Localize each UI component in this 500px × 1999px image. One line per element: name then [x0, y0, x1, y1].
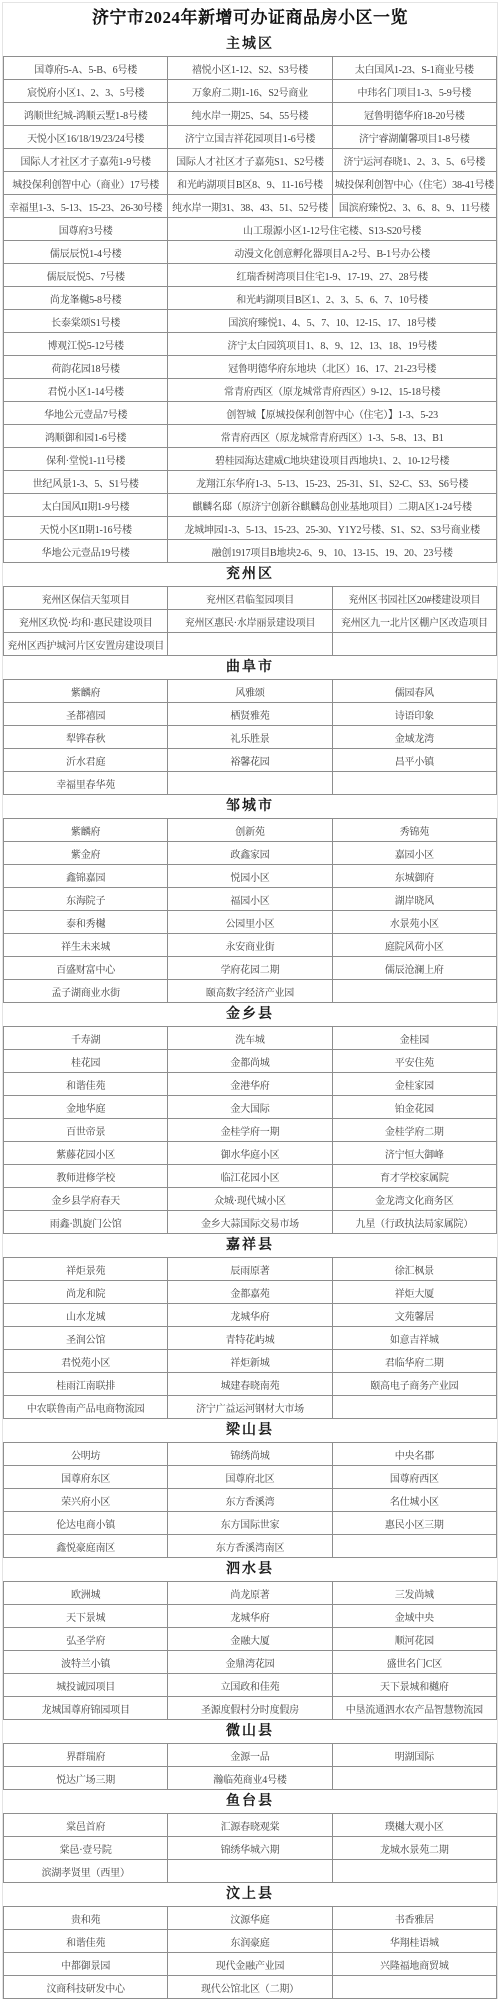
community-cell: 盛世名门C区 [332, 1651, 496, 1674]
table-row: 国尊府5-A、5-B、6号楼禧悦小区1-12、S2、S3号楼太白国风1-23、S… [4, 57, 497, 80]
community-cell: 济宁睿湖蘭馨项目1-8号楼 [332, 126, 496, 149]
community-cell: 公园里小区 [168, 911, 332, 934]
community-cell: 中农联鲁南产品电商物流园 [4, 1396, 168, 1419]
community-cell: 君临华府二期 [332, 1350, 496, 1373]
community-cell: 汇源春晓观棠 [168, 1814, 332, 1837]
community-cell: 尚龙原著 [168, 1582, 332, 1605]
community-cell: 国尊府北区 [168, 1466, 332, 1489]
community-cell: 东方香溪湾南区 [168, 1535, 332, 1558]
community-cell: 惠民小区三期 [332, 1512, 496, 1535]
section-title: 梁山县 [3, 1419, 497, 1442]
community-cell: 兖州区君临玺园项目 [168, 587, 332, 610]
table-row: 雨鑫·凯旋门公馆金乡大蒜国际交易市场九星（行政执法局家属院） [4, 1211, 497, 1234]
community-cell: 顺河花园 [332, 1628, 496, 1651]
community-cell: 金桂家园 [332, 1073, 496, 1096]
community-cell: 纯水岸一期25、54、55号楼 [168, 103, 332, 126]
community-cell: 金都嘉苑 [168, 1281, 332, 1304]
table-row: 紫藤花园小区御水华庭小区济宁恒大御峰 [4, 1142, 497, 1165]
community-cell: 麒麟名邸（原济宁创新谷麒麟岛创业基地项目）二期A区1-24号楼 [168, 494, 497, 517]
community-cell: 中央名郡 [332, 1443, 496, 1466]
section-title: 兖州区 [3, 563, 497, 586]
community-cell: 博观江悦5-12号楼 [4, 333, 168, 356]
community-table: 棠邑首府汇源春晓观棠璞樾大观小区棠邑·壹号院锦绣华城六期龙城水景苑二期滨湖孝贤里… [3, 1813, 497, 1883]
community-cell: 宸悦府小区1、2、3、5号楼 [4, 80, 168, 103]
community-cell: 永安商业街 [168, 934, 332, 957]
table-row: 天下景城龙城华府金域中央 [4, 1605, 497, 1628]
community-cell [332, 633, 496, 656]
community-cell: 圣润公馆 [4, 1327, 168, 1350]
community-table: 国尊府5-A、5-B、6号楼禧悦小区1-12、S2、S3号楼太白国风1-23、S… [3, 56, 497, 563]
community-cell: 千寿湖 [4, 1027, 168, 1050]
community-cell [332, 1535, 496, 1558]
community-cell: 龙城水景苑二期 [332, 1837, 496, 1860]
community-cell: 龙城坤园1-3、5-13、15-23、25-30、Y1Y2号楼、S1、S2、S3… [168, 517, 497, 540]
community-cell: 儒园春风 [332, 680, 496, 703]
table-row: 君悦小区1-14号楼常青府西区（原龙城常青府西区）9-12、15-18号楼 [4, 379, 497, 402]
community-cell: 悦达广场三期 [4, 1767, 168, 1790]
community-cell: 沂水君庭 [4, 749, 168, 772]
community-cell: 祥炬景苑 [4, 1258, 168, 1281]
section-title: 金乡县 [3, 1003, 497, 1026]
community-cell: 金都尚城 [168, 1050, 332, 1073]
community-cell: 泰和秀樾 [4, 911, 168, 934]
community-cell: 颐高电子商务产业园 [332, 1373, 496, 1396]
community-table: 欧洲城尚龙原著三发尚城天下景城龙城华府金域中央弘圣学府金融大厦顺河花园波特兰小镇… [3, 1581, 497, 1720]
table-row: 金乡县学府春天众城·现代城小区金龙湾文化商务区 [4, 1188, 497, 1211]
table-row: 鸿顺世纪城-鸿顺云墅1-8号楼纯水岸一期25、54、55号楼冠鲁明德华府18-2… [4, 103, 497, 126]
community-cell: 济宁立国吉祥花园项目1-6号楼 [168, 126, 332, 149]
community-cell: 儒辰辰悦1-4号楼 [4, 241, 168, 264]
community-cell [332, 1767, 496, 1790]
community-cell: 洗车城 [168, 1027, 332, 1050]
community-table: 紫麟府创新苑秀锦苑紫金府政鑫家园嘉园小区鑫锦嘉园悦园小区东城御府东海院子福园小区… [3, 818, 497, 1003]
community-cell: 太白国风II期1-9号楼 [4, 494, 168, 517]
community-cell: 东城御府 [332, 865, 496, 888]
community-cell: 水景苑小区 [332, 911, 496, 934]
community-cell: 城投保利创智中心（商业）17号楼 [4, 172, 168, 195]
community-cell: 祥生未来城 [4, 934, 168, 957]
community-cell: 名仕城小区 [332, 1489, 496, 1512]
community-cell: 锦绣华城六期 [168, 1837, 332, 1860]
community-cell [332, 980, 496, 1003]
community-cell: 天下景城 [4, 1605, 168, 1628]
community-cell: 尚龙峯樾5-8号楼 [4, 287, 168, 310]
table-row: 滨湖孝贤里（西里） [4, 1860, 497, 1883]
community-cell [332, 1396, 496, 1419]
community-cell [332, 772, 496, 795]
community-cell: 和谐佳苑 [4, 1930, 168, 1953]
community-cell: 中都御景园 [4, 1953, 168, 1976]
table-row: 公明坊锦绣尚城中央名郡 [4, 1443, 497, 1466]
community-cell: 龙城华府 [168, 1605, 332, 1628]
table-row: 城投保利创智中心（商业）17号楼和光屿湖项目B区8、9、11-16号楼城投保利创… [4, 172, 497, 195]
table-row: 悦达广场三期瀚临苑商业4号楼 [4, 1767, 497, 1790]
table-row: 汶商科技研发中心现代公馆北区（二期） [4, 1976, 497, 1999]
community-cell: 三发尚城 [332, 1582, 496, 1605]
community-cell: 璞樾大观小区 [332, 1814, 496, 1837]
table-row: 博观江悦5-12号楼济宁太白园筑项目1、8、9、12、13、18、19号楼 [4, 333, 497, 356]
table-row: 天悦小区II期1-16号楼龙城坤园1-3、5-13、15-23、25-30、Y1… [4, 517, 497, 540]
community-cell: 君悦苑小区 [4, 1350, 168, 1373]
community-cell: 鑫锦嘉园 [4, 865, 168, 888]
table-row: 紫金府政鑫家园嘉园小区 [4, 842, 497, 865]
section-title: 鱼台县 [3, 1790, 497, 1813]
table-row: 伦达电商小镇东方国际世家惠民小区三期 [4, 1512, 497, 1535]
table-row: 中农联鲁南产品电商物流园济宁广益运河钢材大市场 [4, 1396, 497, 1419]
community-cell: 裕馨花园 [168, 749, 332, 772]
community-table: 界群瑞府金源一品明湖国际悦达广场三期瀚临苑商业4号楼 [3, 1743, 497, 1790]
table-row: 保利·堂悦1-11号楼碧桂园海达建威C地块建设项目西地块1、2、10-12号楼 [4, 448, 497, 471]
community-cell: 界群瑞府 [4, 1744, 168, 1767]
community-cell: 东方香溪湾 [168, 1489, 332, 1512]
table-row: 儒辰辰悦1-4号楼动漫文化创意孵化器项目A-2号、B-1号办公楼 [4, 241, 497, 264]
community-cell: 华地公元壹品7号楼 [4, 402, 168, 425]
community-cell: 兖州区书园社区20#楼建设项目 [332, 587, 496, 610]
community-cell: 天下景城和樾府 [332, 1674, 496, 1697]
community-cell: 福园小区 [168, 888, 332, 911]
community-cell: 贵和苑 [4, 1907, 168, 1930]
table-row: 东海院子福园小区湖岸晓风 [4, 888, 497, 911]
community-cell: 创智城【原城投保利创智中心（住宅）】1-3、5-23 [168, 402, 497, 425]
section-title: 曲阜市 [3, 656, 497, 679]
community-cell: 世纪风景1-3、5、S1号楼 [4, 471, 168, 494]
community-cell: 如意吉祥城 [332, 1327, 496, 1350]
community-cell: 悦园小区 [168, 865, 332, 888]
community-cell: 诗语印象 [332, 703, 496, 726]
community-cell: 金大国际 [168, 1096, 332, 1119]
table-row: 桂花园金都尚城平安住苑 [4, 1050, 497, 1073]
table-row: 华地公元壹品19号楼融创1917项目B地块2-6、9、10、13-15、19、2… [4, 540, 497, 563]
community-cell: 龙城国尊府锦园项目 [4, 1697, 168, 1720]
community-cell: 祥炬新城 [168, 1350, 332, 1373]
table-row: 圣都禧园栖贤雅苑诗语印象 [4, 703, 497, 726]
community-cell: 祥炬大厦 [332, 1281, 496, 1304]
community-cell: 兖州区西护城河片区安置房建设项目 [4, 633, 168, 656]
community-cell: 鸿顺世纪城-鸿顺云墅1-8号楼 [4, 103, 168, 126]
community-cell: 教师进修学校 [4, 1165, 168, 1188]
table-row: 尚龙峯樾5-8号楼和光屿湖项目B区1、2、3、5、6、7、10号楼 [4, 287, 497, 310]
table-row: 教师进修学校临江花园小区育才学校家属院 [4, 1165, 497, 1188]
community-cell: 长泰棠颂S1号楼 [4, 310, 168, 333]
community-cell: 济宁恒大御峰 [332, 1142, 496, 1165]
table-row: 和谐佳苑东润豪庭华翔桂语城 [4, 1930, 497, 1953]
community-cell [168, 1860, 332, 1883]
community-cell [168, 772, 332, 795]
community-cell: 礼乐胜景 [168, 726, 332, 749]
table-row: 中都御景园现代金融产业园兴隆福地商贸城 [4, 1953, 497, 1976]
community-cell: 御水华庭小区 [168, 1142, 332, 1165]
community-cell: 国际人才社区才子嘉苑1-9号楼 [4, 149, 168, 172]
community-cell: 颐高数字经济产业园 [168, 980, 332, 1003]
table-row: 百盛财富中心学府花园二期儒辰沧澜上府 [4, 957, 497, 980]
table-row: 儒辰辰悦5、7号楼红瑞香树湾项目住宅1-9、17-19、27、28号楼 [4, 264, 497, 287]
community-cell: 常青府西区（原龙城常青府西区）9-12、15-18号楼 [168, 379, 497, 402]
table-row: 城投诚园项目立国政和佳苑天下景城和樾府 [4, 1674, 497, 1697]
table-row: 沂水君庭裕馨花园昌平小镇 [4, 749, 497, 772]
community-cell: 纯水岸一期31、38、43、51、52号楼 [168, 195, 332, 218]
community-cell: 金域中央 [332, 1605, 496, 1628]
community-cell: 金融大厦 [168, 1628, 332, 1651]
community-cell: 济宁运河春晓1、2、3、5、6号楼 [332, 149, 496, 172]
community-cell: 临江花园小区 [168, 1165, 332, 1188]
community-cell: 国尊府东区 [4, 1466, 168, 1489]
table-row: 弘圣学府金融大厦顺河花园 [4, 1628, 497, 1651]
table-row: 龙城国尊府锦园项目圣源度假村分时度假房中垦流通泗水农产品智慧物流园 [4, 1697, 497, 1720]
community-cell: 国滨府臻悦1、4、5、7、10、12-15、17、18号楼 [168, 310, 497, 333]
community-cell: 鸿顺御和园1-6号楼 [4, 425, 168, 448]
community-cell: 学府花园二期 [168, 957, 332, 980]
table-row: 幸福里1-3、5-13、15-23、26-30号楼纯水岸一期31、38、43、5… [4, 195, 497, 218]
community-cell: 青特花屿城 [168, 1327, 332, 1350]
community-cell: 国尊府3号楼 [4, 218, 168, 241]
community-table: 贵和苑汶源华庭书香雅居和谐佳苑东润豪庭华翔桂语城中都御景园现代金融产业园兴隆福地… [3, 1906, 497, 1999]
community-cell: 国尊府5-A、5-B、6号楼 [4, 57, 168, 80]
community-cell: 万象府二期1-16、S2号商业 [168, 80, 332, 103]
community-table: 紫麟府风雅颂儒园春风圣都禧园栖贤雅苑诗语印象犁铧春秋礼乐胜景金域龙湾沂水君庭裕馨… [3, 679, 497, 795]
community-table: 公明坊锦绣尚城中央名郡国尊府东区国尊府北区国尊府西区荣兴府小区东方香溪湾名仕城小… [3, 1442, 497, 1558]
community-cell: 东润豪庭 [168, 1930, 332, 1953]
table-row: 国尊府东区国尊府北区国尊府西区 [4, 1466, 497, 1489]
community-cell: 幸福里1-3、5-13、15-23、26-30号楼 [4, 195, 168, 218]
community-cell: 碧桂园海达建威C地块建设项目西地块1、2、10-12号楼 [168, 448, 497, 471]
community-cell: 滨湖孝贤里（西里） [4, 1860, 168, 1883]
community-cell: 栖贤雅苑 [168, 703, 332, 726]
community-cell: 书香雅居 [332, 1907, 496, 1930]
table-row: 孟子湖商业水街颐高数字经济产业园 [4, 980, 497, 1003]
community-cell: 国际人才社区才子嘉苑S1、S2号楼 [168, 149, 332, 172]
community-cell: 孟子湖商业水街 [4, 980, 168, 1003]
community-cell: 紫藤花园小区 [4, 1142, 168, 1165]
table-row: 欧洲城尚龙原著三发尚城 [4, 1582, 497, 1605]
community-cell: 兖州区玖悦·均和·惠民建设项目 [4, 610, 168, 633]
community-cell: 龙翔江东华府1-3、5-13、15-23、25-31、S1、S2-C、S3、S6… [168, 471, 497, 494]
community-table: 祥炬景苑辰雨原著徐汇枫景尚龙和院金都嘉苑祥炬大厦山水龙城龙城华府文苑馨居圣润公馆… [3, 1257, 497, 1419]
section-title: 泗水县 [3, 1558, 497, 1581]
community-cell: 九星（行政执法局家属院） [332, 1211, 496, 1234]
table-row: 百世帝景金桂学府一期金桂学府二期 [4, 1119, 497, 1142]
table-row: 棠邑首府汇源春晓观棠璞樾大观小区 [4, 1814, 497, 1837]
community-cell: 城建春晓南苑 [168, 1373, 332, 1396]
community-cell: 公明坊 [4, 1443, 168, 1466]
community-cell: 龙城华府 [168, 1304, 332, 1327]
community-cell: 金桂学府一期 [168, 1119, 332, 1142]
community-cell: 动漫文化创意孵化器项目A-2号、B-1号办公楼 [168, 241, 497, 264]
community-cell: 华翔桂语城 [332, 1930, 496, 1953]
section-title: 微山县 [3, 1720, 497, 1743]
table-row: 尚龙和院金都嘉苑祥炬大厦 [4, 1281, 497, 1304]
table-row: 鑫悦豪庭南区东方香溪湾南区 [4, 1535, 497, 1558]
community-cell: 融创1917项目B地块2-6、9、10、13-15、19、20、23号楼 [168, 540, 497, 563]
table-row: 幸福里春华苑 [4, 772, 497, 795]
community-cell: 现代金融产业园 [168, 1953, 332, 1976]
community-cell: 东海院子 [4, 888, 168, 911]
community-cell: 棠邑·壹号院 [4, 1837, 168, 1860]
table-row: 世纪风景1-3、5、S1号楼龙翔江东华府1-3、5-13、15-23、25-31… [4, 471, 497, 494]
table-row: 紫麟府风雅颂儒园春风 [4, 680, 497, 703]
table-row: 鸿顺御和园1-6号楼常青府西区（原龙城常青府西区）1-3、5-8、13、B1 [4, 425, 497, 448]
community-cell: 国滨府臻悦2、3、6、8、9、11号楼 [332, 195, 496, 218]
community-cell: 兴隆福地商贸城 [332, 1953, 496, 1976]
community-cell: 汶源华庭 [168, 1907, 332, 1930]
community-cell: 国尊府西区 [332, 1466, 496, 1489]
community-cell: 荷韵花园18号楼 [4, 356, 168, 379]
table-row: 桂雨江南联排城建春晓南苑颐高电子商务产业园 [4, 1373, 497, 1396]
community-cell: 政鑫家园 [168, 842, 332, 865]
community-cell: 金龙湾文化商务区 [332, 1188, 496, 1211]
table-row: 金地华庭金大国际铂金花园 [4, 1096, 497, 1119]
community-cell: 东方国际世家 [168, 1512, 332, 1535]
community-cell: 文苑馨居 [332, 1304, 496, 1327]
community-cell: 桂雨江南联排 [4, 1373, 168, 1396]
community-cell: 昌平小镇 [332, 749, 496, 772]
community-cell [332, 1976, 496, 1999]
community-cell: 和谐佳苑 [4, 1073, 168, 1096]
community-cell: 圣都禧园 [4, 703, 168, 726]
community-cell: 和光屿湖项目B区1、2、3、5、6、7、10号楼 [168, 287, 497, 310]
community-cell: 济宁广益运河钢材大市场 [168, 1396, 332, 1419]
community-cell: 众城·现代城小区 [168, 1188, 332, 1211]
table-row: 圣润公馆青特花屿城如意吉祥城 [4, 1327, 497, 1350]
table-row: 犁铧春秋礼乐胜景金域龙湾 [4, 726, 497, 749]
community-cell: 儒辰辰悦5、7号楼 [4, 264, 168, 287]
table-row: 波特兰小镇金鼎湾花园盛世名门C区 [4, 1651, 497, 1674]
community-cell: 欧洲城 [4, 1582, 168, 1605]
section-title: 邹城市 [3, 795, 497, 818]
section-title: 汶上县 [3, 1883, 497, 1906]
community-cell: 庭院风荷小区 [332, 934, 496, 957]
table-row: 荷韵花园18号楼冠鲁明德华府东地块（北区）16、17、21-23号楼 [4, 356, 497, 379]
community-cell: 湖岸晓风 [332, 888, 496, 911]
table-row: 兖州区玖悦·均和·惠民建设项目兖州区惠民·水岸丽景建设项目兖州区九一北片区棚户区… [4, 610, 497, 633]
community-cell: 锦绣尚城 [168, 1443, 332, 1466]
community-cell: 中垦流通泗水农产品智慧物流园 [332, 1697, 496, 1720]
table-row: 鑫锦嘉园悦园小区东城御府 [4, 865, 497, 888]
community-cell: 红瑞香树湾项目住宅1-9、17-19、27、28号楼 [168, 264, 497, 287]
community-cell: 兖州区保信天玺项目 [4, 587, 168, 610]
community-cell: 鑫悦豪庭南区 [4, 1535, 168, 1558]
table-row: 祥炬景苑辰雨原著徐汇枫景 [4, 1258, 497, 1281]
community-cell: 现代公馆北区（二期） [168, 1976, 332, 1999]
community-cell: 明湖国际 [332, 1744, 496, 1767]
community-cell: 天悦小区II期1-16号楼 [4, 517, 168, 540]
community-cell: 儒辰沧澜上府 [332, 957, 496, 980]
table-row: 宸悦府小区1、2、3、5号楼万象府二期1-16、S2号商业中玮名门项目1-3、5… [4, 80, 497, 103]
community-cell: 金乡县学府春天 [4, 1188, 168, 1211]
community-cell: 秀锦苑 [332, 819, 496, 842]
community-cell: 兖州区九一北片区棚户区改造项目 [332, 610, 496, 633]
community-cell: 山工璟源小区1-12号住宅楼、S13-S20号楼 [168, 218, 497, 241]
community-cell: 天悦小区16/18/19/23/24号楼 [4, 126, 168, 149]
community-cell: 创新苑 [168, 819, 332, 842]
community-cell: 金桂学府二期 [332, 1119, 496, 1142]
community-cell: 中玮名门项目1-3、5-9号楼 [332, 80, 496, 103]
community-cell: 桂花园 [4, 1050, 168, 1073]
community-cell: 城投诚园项目 [4, 1674, 168, 1697]
community-cell: 百世帝景 [4, 1119, 168, 1142]
community-cell: 冠鲁明德华府东地块（北区）16、17、21-23号楼 [168, 356, 497, 379]
table-row: 国际人才社区才子嘉苑1-9号楼国际人才社区才子嘉苑S1、S2号楼济宁运河春晓1、… [4, 149, 497, 172]
table-row: 山水龙城龙城华府文苑馨居 [4, 1304, 497, 1327]
community-cell: 禧悦小区1-12、S2、S3号楼 [168, 57, 332, 80]
community-cell: 徐汇枫景 [332, 1258, 496, 1281]
sections-container: 主城区国尊府5-A、5-B、6号楼禧悦小区1-12、S2、S3号楼太白国风1-2… [3, 33, 497, 1999]
community-cell: 立国政和佳苑 [168, 1674, 332, 1697]
table-row: 界群瑞府金源一品明湖国际 [4, 1744, 497, 1767]
table-row: 千寿湖洗车城金桂园 [4, 1027, 497, 1050]
community-table: 兖州区保信天玺项目兖州区君临玺园项目兖州区书园社区20#楼建设项目兖州区玖悦·均… [3, 586, 497, 656]
table-row: 棠邑·壹号院锦绣华城六期龙城水景苑二期 [4, 1837, 497, 1860]
community-cell: 和光屿湖项目B区8、9、11-16号楼 [168, 172, 332, 195]
community-cell: 兖州区惠民·水岸丽景建设项目 [168, 610, 332, 633]
community-cell: 紫麟府 [4, 819, 168, 842]
table-row: 贵和苑汶源华庭书香雅居 [4, 1907, 497, 1930]
community-cell: 棠邑首府 [4, 1814, 168, 1837]
section-title: 主城区 [3, 33, 497, 56]
community-cell: 平安住苑 [332, 1050, 496, 1073]
community-cell: 君悦小区1-14号楼 [4, 379, 168, 402]
community-cell: 弘圣学府 [4, 1628, 168, 1651]
community-cell: 山水龙城 [4, 1304, 168, 1327]
community-cell: 风雅颂 [168, 680, 332, 703]
community-cell: 荣兴府小区 [4, 1489, 168, 1512]
page-frame: 济宁市2024年新增可办证商品房小区一览 主城区国尊府5-A、5-B、6号楼禧悦… [2, 2, 498, 1999]
community-cell: 尚龙和院 [4, 1281, 168, 1304]
community-cell: 金地华庭 [4, 1096, 168, 1119]
community-table: 千寿湖洗车城金桂园桂花园金都尚城平安住苑和谐佳苑金港华府金桂家园金地华庭金大国际… [3, 1026, 497, 1234]
community-cell: 金源一品 [168, 1744, 332, 1767]
community-cell: 瀚临苑商业4号楼 [168, 1767, 332, 1790]
community-cell: 济宁太白园筑项目1、8、9、12、13、18、19号楼 [168, 333, 497, 356]
community-cell: 雨鑫·凯旋门公馆 [4, 1211, 168, 1234]
table-row: 天悦小区16/18/19/23/24号楼济宁立国吉祥花园项目1-6号楼济宁睿湖蘭… [4, 126, 497, 149]
community-cell: 辰雨原著 [168, 1258, 332, 1281]
community-cell [332, 1860, 496, 1883]
community-cell: 冠鲁明德华府18-20号楼 [332, 103, 496, 126]
community-cell: 金乡大蒜国际交易市场 [168, 1211, 332, 1234]
table-row: 兖州区保信天玺项目兖州区君临玺园项目兖州区书园社区20#楼建设项目 [4, 587, 497, 610]
community-cell: 保利·堂悦1-11号楼 [4, 448, 168, 471]
community-cell [168, 633, 332, 656]
table-row: 国尊府3号楼山工璟源小区1-12号住宅楼、S13-S20号楼 [4, 218, 497, 241]
community-cell: 幸福里春华苑 [4, 772, 168, 795]
community-cell: 嘉园小区 [332, 842, 496, 865]
section-title: 嘉祥县 [3, 1234, 497, 1257]
table-row: 华地公元壹品7号楼创智城【原城投保利创智中心（住宅）】1-3、5-23 [4, 402, 497, 425]
community-cell: 育才学校家属院 [332, 1165, 496, 1188]
community-cell: 紫金府 [4, 842, 168, 865]
community-cell: 金桂园 [332, 1027, 496, 1050]
community-cell: 城投保利创智中心（住宅）38-41号楼 [332, 172, 496, 195]
table-row: 和谐佳苑金港华府金桂家园 [4, 1073, 497, 1096]
community-cell: 金港华府 [168, 1073, 332, 1096]
table-row: 荣兴府小区东方香溪湾名仕城小区 [4, 1489, 497, 1512]
table-row: 太白国风II期1-9号楼麒麟名邸（原济宁创新谷麒麟岛创业基地项目）二期A区1-2… [4, 494, 497, 517]
community-cell: 伦达电商小镇 [4, 1512, 168, 1535]
community-cell: 常青府西区（原龙城常青府西区）1-3、5-8、13、B1 [168, 425, 497, 448]
table-row: 泰和秀樾公园里小区水景苑小区 [4, 911, 497, 934]
community-cell: 金鼎湾花园 [168, 1651, 332, 1674]
community-cell: 太白国风1-23、S-1商业号楼 [332, 57, 496, 80]
community-cell: 华地公元壹品19号楼 [4, 540, 168, 563]
community-cell: 汶商科技研发中心 [4, 1976, 168, 1999]
community-cell: 犁铧春秋 [4, 726, 168, 749]
table-row: 长泰棠颂S1号楼国滨府臻悦1、4、5、7、10、12-15、17、18号楼 [4, 310, 497, 333]
community-cell: 铂金花园 [332, 1096, 496, 1119]
table-row: 君悦苑小区祥炬新城君临华府二期 [4, 1350, 497, 1373]
page-title: 济宁市2024年新增可办证商品房小区一览 [3, 3, 497, 33]
table-row: 紫麟府创新苑秀锦苑 [4, 819, 497, 842]
community-cell: 金域龙湾 [332, 726, 496, 749]
